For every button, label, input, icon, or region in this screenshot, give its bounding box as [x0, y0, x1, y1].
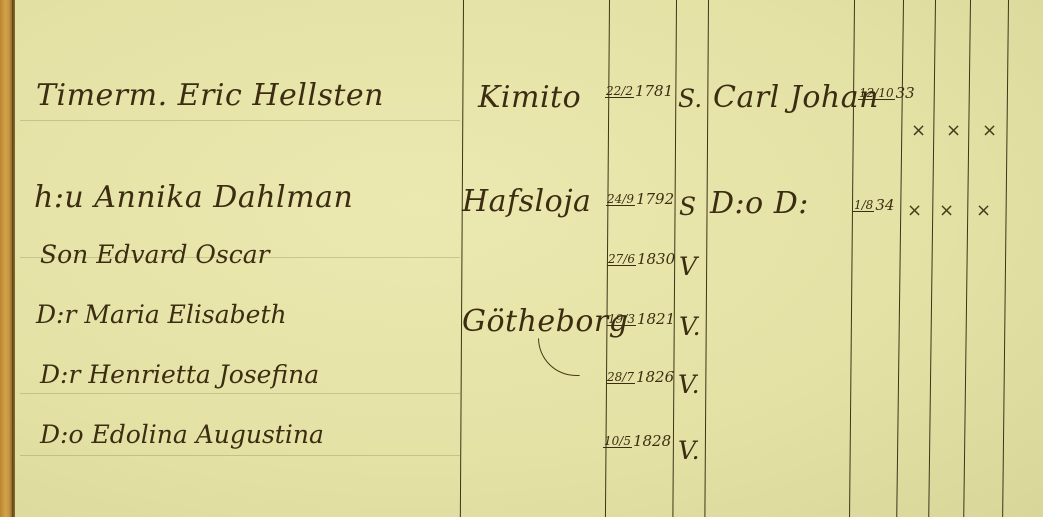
birth-year: 1781	[635, 82, 673, 100]
person-name: D:o Edolina Augustina	[40, 420, 324, 449]
remark-date-frac: 1/8	[853, 199, 874, 212]
birth-year: 1792	[636, 190, 674, 208]
column-rule	[963, 0, 971, 517]
column-rule	[928, 0, 936, 517]
column-rule	[849, 0, 855, 517]
birth-date: 24/9 1792	[606, 190, 674, 208]
remark-date: 12/10 33	[858, 84, 915, 102]
check-mark: ×	[911, 120, 926, 141]
birth-day-month: 19/3	[607, 313, 636, 326]
birth-day-month: 27/6	[607, 253, 636, 266]
birth-day-month: 24/9	[606, 193, 635, 206]
remark-date: 1/8 34	[853, 196, 894, 214]
birth-day-month: 22/2	[605, 85, 634, 98]
birth-year: 1828	[633, 432, 671, 450]
line-rule	[20, 455, 460, 456]
status: V	[679, 252, 697, 281]
binding-edge-line	[12, 0, 15, 517]
remark-date-year: 34	[875, 196, 894, 214]
check-mark: ×	[982, 120, 997, 141]
remark-date-year: 33	[896, 84, 915, 102]
birth-year: 1821	[637, 310, 675, 328]
birth-day-month: 10/5	[603, 435, 632, 448]
birth-year: 1826	[636, 368, 674, 386]
remark: Carl Johan	[713, 80, 879, 115]
status: S	[679, 192, 696, 221]
birth-year: 1830	[637, 250, 675, 268]
column-rule	[704, 0, 709, 517]
person-name: Timerm. Eric Hellsten	[36, 78, 384, 113]
page-binding	[0, 0, 12, 517]
birthplace: Götheborg	[462, 304, 628, 339]
check-mark: ×	[976, 200, 991, 221]
person-name: D:r Maria Elisabeth	[36, 300, 287, 329]
birth-date: 10/5 1828	[603, 432, 671, 450]
ditto-flourish	[538, 338, 580, 376]
column-rule	[1002, 0, 1009, 517]
remark-date-frac: 12/10	[858, 87, 895, 100]
birth-date: 19/3 1821	[607, 310, 675, 328]
register-page: Timerm. Eric Hellsten Kimito 22/2 1781 S…	[0, 0, 1043, 517]
person-name: D:r Henrietta Josefina	[40, 360, 319, 389]
birthplace: Hafsloja	[462, 184, 591, 219]
check-mark: ×	[907, 200, 922, 221]
line-rule	[20, 393, 460, 394]
status: S.	[678, 84, 702, 113]
birth-date: 22/2 1781	[605, 82, 673, 100]
status: V.	[679, 312, 701, 341]
remark: D:o D:	[710, 186, 809, 221]
birth-day-month: 28/7	[606, 371, 635, 384]
check-mark: ×	[946, 120, 961, 141]
birth-date: 27/6 1830	[607, 250, 675, 268]
birth-date: 28/7 1826	[606, 368, 674, 386]
person-name: h:u Annika Dahlman	[34, 180, 353, 215]
status: V.	[678, 370, 700, 399]
line-rule	[20, 120, 460, 121]
check-mark: ×	[939, 200, 954, 221]
birthplace: Kimito	[478, 80, 581, 115]
column-rule	[896, 0, 904, 517]
person-name: Son Edvard Oscar	[40, 240, 270, 269]
status: V.	[678, 436, 700, 465]
column-rule	[460, 0, 465, 517]
